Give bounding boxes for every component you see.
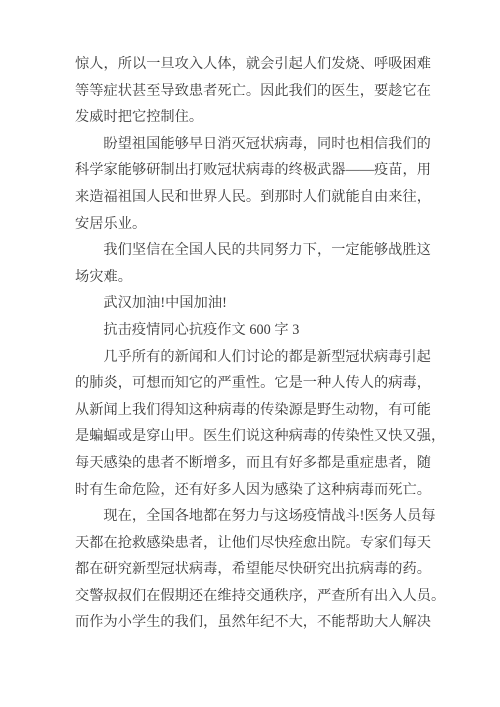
document-page: 惊人，所以一旦攻入人体，就会引起人们发烧、呼吸困难 等等症状甚至导致患者死亡。因… — [0, 0, 500, 707]
text-line: 来造福祖国人民和世界人民。到那时人们就能自由来往， — [75, 184, 431, 211]
text-line: 是蝙蝠或是穿山甲。医生们说这种病毒的传染性又快又强， — [75, 423, 431, 450]
essay-text-block: 惊人，所以一旦攻入人体，就会引起人们发烧、呼吸困难 等等症状甚至导致患者死亡。因… — [75, 51, 431, 636]
text-line: 惊人，所以一旦攻入人体，就会引起人们发烧、呼吸困难 — [75, 51, 431, 78]
text-line: 我们坚信在全国人民的共同努力下，一定能够战胜这 — [75, 237, 431, 264]
paragraph-belief: 我们坚信在全国人民的共同努力下，一定能够战胜这 场灾难。 — [75, 237, 431, 290]
text-line: 盼望祖国能够早日消灭冠状病毒，同时也相信我们的 — [75, 131, 431, 158]
text-line: 而作为小学生的我们，虽然年纪不大，不能帮助大人解决 — [75, 609, 431, 636]
section-heading-text: 抗击疫情同心抗疫作文 600 字 3 — [75, 317, 431, 344]
text-line: 几乎所有的新闻和人们讨论的都是新型冠状病毒引起 — [75, 344, 431, 371]
text-line: 科学家能够研制出打败冠状病毒的终极武器——疫苗，用 — [75, 157, 431, 184]
text-line: 的肺炎，可想而知它的严重性。它是一种人传人的病毒， — [75, 370, 431, 397]
text-line: 现在，全国各地都在努力与这场疫情战斗!医务人员每 — [75, 503, 431, 530]
text-line: 武汉加油!中国加油! — [75, 290, 431, 317]
text-line: 发威时把它控制住。 — [75, 104, 431, 131]
text-line: 天都在抢救感染患者，让他们尽快痊愈出院。专家们每天 — [75, 530, 431, 557]
paragraph-virus-description: 几乎所有的新闻和人们讨论的都是新型冠状病毒引起 的肺炎，可想而知它的严重性。它是… — [75, 344, 431, 504]
text-line: 场灾难。 — [75, 264, 431, 291]
paragraph-continuation: 惊人，所以一旦攻入人体，就会引起人们发烧、呼吸困难 等等症状甚至导致患者死亡。因… — [75, 51, 431, 131]
text-line: 从新闻上我们得知这种病毒的传染源是野生动物，有可能 — [75, 397, 431, 424]
text-line: 交警叔叔们在假期还在维持交通秩序，严查所有出入人员。 — [75, 583, 431, 610]
paragraph-hope: 盼望祖国能够早日消灭冠状病毒，同时也相信我们的 科学家能够研制出打败冠状病毒的终… — [75, 131, 431, 237]
text-line: 每天感染的患者不断增多，而且有好多都是重症患者，随 — [75, 450, 431, 477]
section-heading: 抗击疫情同心抗疫作文 600 字 3 — [75, 317, 431, 344]
paragraph-fighting-epidemic: 现在，全国各地都在努力与这场疫情战斗!医务人员每 天都在抢救感染患者，让他们尽快… — [75, 503, 431, 636]
paragraph-slogan: 武汉加油!中国加油! — [75, 290, 431, 317]
text-line: 安居乐业。 — [75, 211, 431, 238]
text-line: 都在研究新型冠状病毒，希望能尽快研究出抗病毒的药。 — [75, 556, 431, 583]
text-line: 等等症状甚至导致患者死亡。因此我们的医生，要趁它在 — [75, 78, 431, 105]
text-line: 时有生命危险，还有好多人因为感染了这种病毒而死亡。 — [75, 477, 431, 504]
